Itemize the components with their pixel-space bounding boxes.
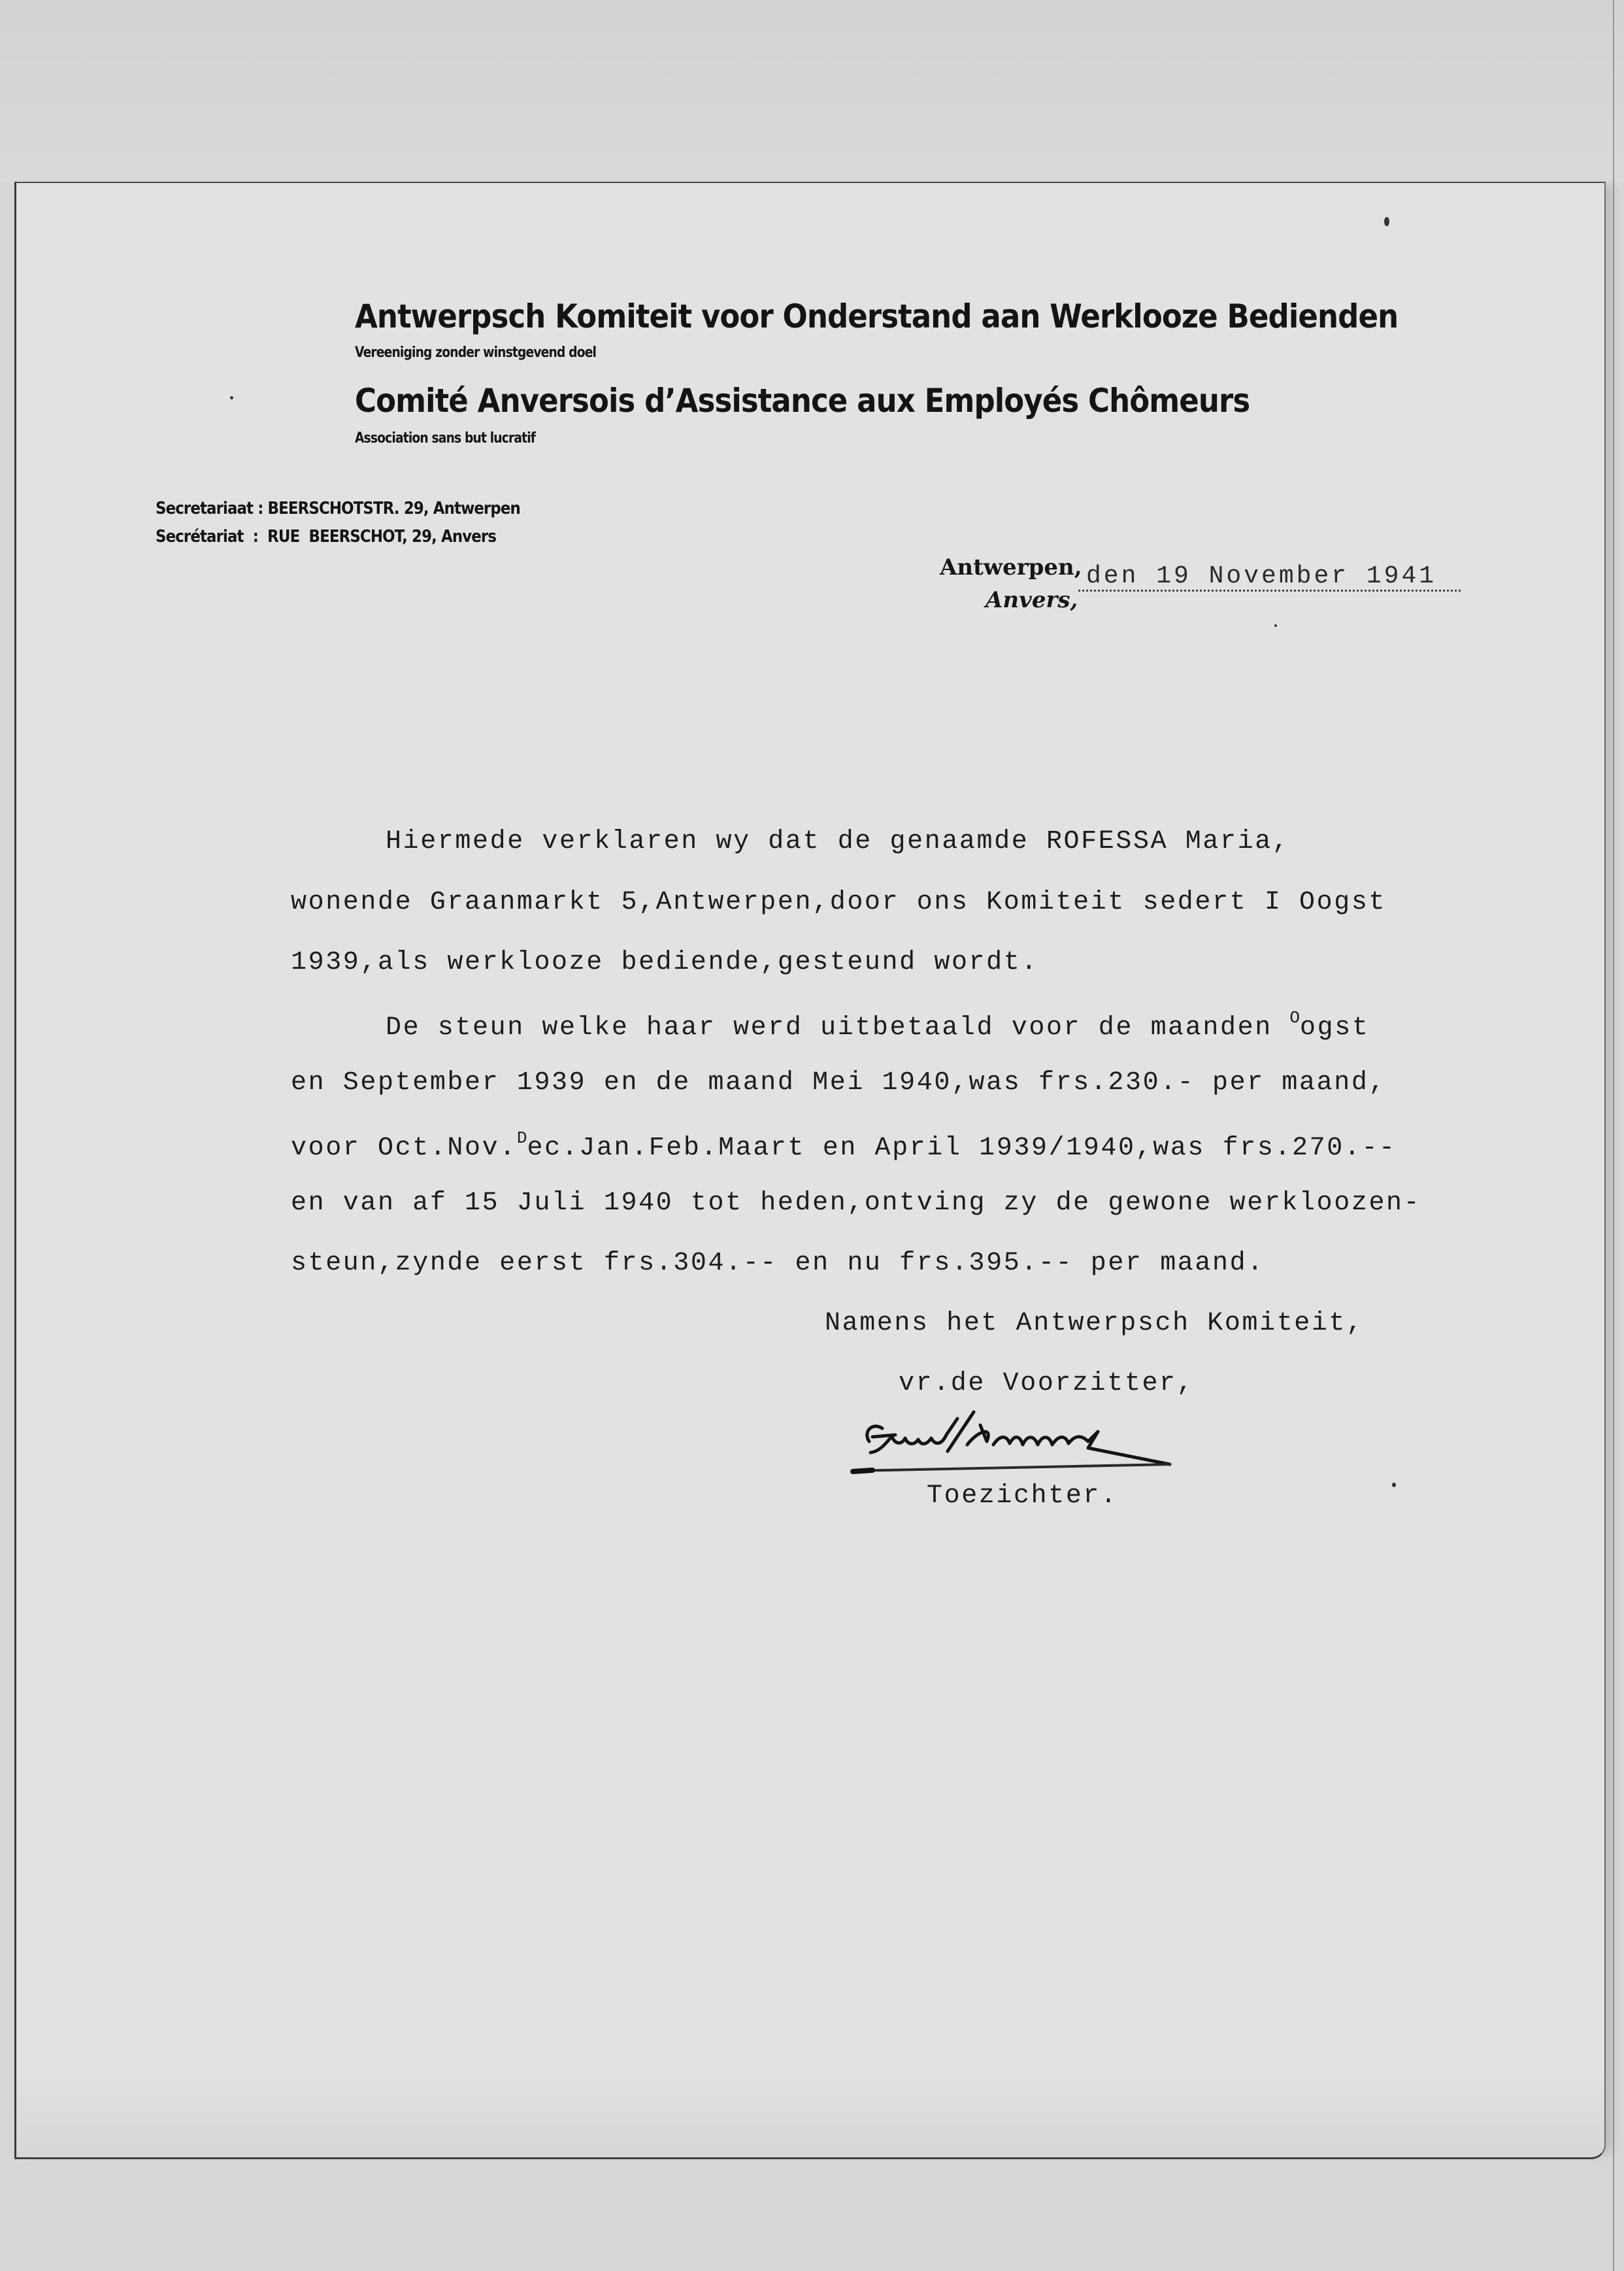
- body-line-4: De steun welke haar werd uitbetaald voor…: [386, 1008, 1369, 1043]
- body-line-6-text: voor Oct.Nov.: [291, 1134, 517, 1163]
- letterhead-title-fr: Comité Anversois d’Assistance aux Employ…: [355, 382, 1250, 420]
- body-line-6-end: ec.Jan.Feb.Maart en April 1939/1940,was …: [527, 1134, 1396, 1163]
- letter-date: den 19 November 1941: [1086, 562, 1436, 590]
- handwritten-signature: Ernest Kermans: [843, 1405, 1301, 1477]
- letterhead-subtitle-fr: Association sans but lucratif: [355, 430, 535, 446]
- body-line-3: 1939,als werklooze bediende,gesteund wor…: [291, 948, 1038, 977]
- letterhead-subtitle-nl: Vereeniging zonder winstgevend doel: [355, 345, 596, 361]
- place-nl: Antwerpen,: [940, 554, 1082, 580]
- body-line-1: Hiermede verklaren wy dat de genaamde RO…: [386, 827, 1289, 856]
- body-line-4-text: De steun welke haar werd uitbetaald voor…: [386, 1013, 1272, 1043]
- sheet-shadow: [16, 2066, 1604, 2157]
- ink-speck: [1274, 624, 1277, 627]
- closing-role: Toezichter.: [927, 1481, 1118, 1511]
- body-line-5: en September 1939 en de maand Mei 1940,w…: [291, 1068, 1386, 1098]
- typed-correction-d: D: [517, 1128, 527, 1148]
- closing-on-behalf: Namens het Antwerpsch Komiteit,: [825, 1309, 1364, 1338]
- place-fr: Anvers,: [986, 587, 1078, 613]
- scan-backdrop: [0, 0, 1624, 183]
- letterhead-title-nl: Antwerpsch Komiteit voor Onderstand aan …: [355, 297, 1398, 335]
- typed-correction-o: O: [1289, 1008, 1300, 1028]
- body-line-7: en van af 15 Juli 1940 tot heden,ontving…: [291, 1188, 1421, 1218]
- ink-speck: [1384, 217, 1389, 226]
- ink-speck: [230, 396, 233, 399]
- closing-for-chair: vr.de Voorzitter,: [899, 1369, 1194, 1398]
- body-line-8: steun,zynde eerst frs.304.-- en nu frs.3…: [291, 1249, 1265, 1278]
- body-line-2: wonende Graanmarkt 5,Antwerpen,door ons …: [291, 888, 1386, 917]
- body-line-6: voor Oct.Nov.Dec.Jan.Feb.Maart en April …: [291, 1128, 1397, 1163]
- ink-speck: [1392, 1483, 1396, 1487]
- body-line-4-end: ogst: [1300, 1013, 1369, 1043]
- secretariat-address-fr: Secrétariat : RUE BEERSCHOT, 29, Anvers: [156, 527, 496, 547]
- secretariat-address-nl: Secretariaat : BEERSCHOTSTR. 29, Antwerp…: [156, 499, 520, 518]
- letter-sheet: [14, 182, 1606, 2159]
- scan-right-edge: [1613, 0, 1614, 2271]
